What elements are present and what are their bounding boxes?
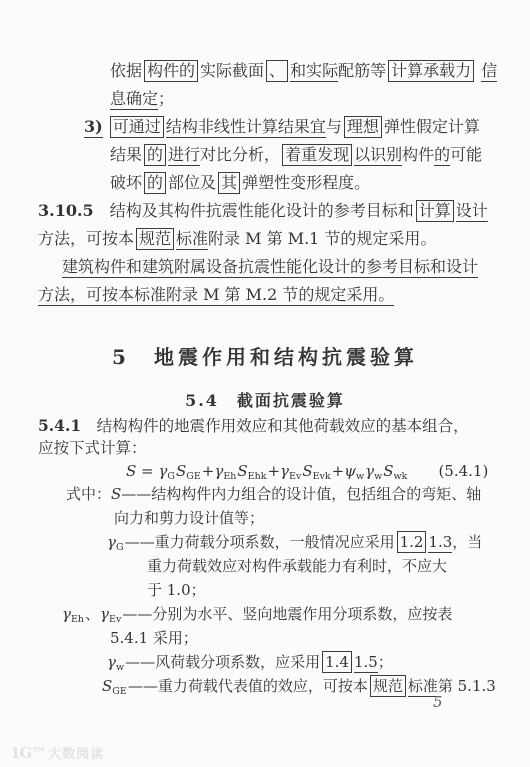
formula-symbol: S: [237, 462, 247, 480]
text-run: ；: [158, 89, 174, 108]
document-page: 依据构件的实际截面、和实际配筋等计算承载力 信息确定；3) 可通过结构非线性计算…: [0, 0, 530, 767]
text-run: 式中：: [66, 485, 111, 503]
underlined-text: 的: [434, 145, 450, 166]
text-line: γG——重力荷载分项系数，一般情况应采用1.21.3，当: [107, 530, 530, 554]
subscript-text: Eh: [223, 471, 236, 482]
text-line: 重力荷载效应对构件承载能力有利时，不应大: [147, 554, 530, 578]
text-run: [81, 417, 97, 435]
underlined-text: 建筑构件和建筑附属设备抗震性能化设计的参考目标和设计: [62, 257, 478, 278]
text-run: 可能: [450, 145, 482, 164]
subscript-text: w: [116, 662, 124, 673]
text-run: 5.4.1 采用；: [110, 629, 198, 647]
text-run: ；: [378, 653, 393, 671]
text-run: 重力荷载分项系数，一般情况应采用: [155, 533, 395, 551]
formula-symbol: S: [111, 485, 121, 503]
boxed-text: 其: [218, 172, 240, 194]
text-run: +: [267, 462, 280, 480]
text-run: 配筋等: [338, 61, 386, 80]
text-line: 于 1.0；: [147, 578, 530, 602]
text-run: 结果: [110, 145, 142, 164]
formula-symbol: S: [302, 462, 312, 480]
bold-text: 3.10.5: [38, 201, 94, 220]
formula-symbol: γ: [158, 462, 167, 480]
text-line: 式中：S——结构构件内力组合的设计值，包括组合的弯矩、轴: [66, 482, 530, 506]
text-run: 方法，可按本: [38, 229, 134, 248]
text-run: 重力荷载效应对构件承载能力有利时，不应大: [147, 557, 447, 575]
underlined-text: 以识别: [354, 145, 402, 166]
formula-symbol: γ: [280, 462, 289, 480]
boxed-text: 、: [266, 60, 288, 82]
document-body: 依据构件的实际截面、和实际配筋等计算承载力 信息确定；3) 可通过结构非线性计算…: [0, 0, 530, 698]
text-line: SGE——重力荷载代表值的效应，可按本规范标准第 5.1.3: [102, 674, 530, 698]
subscript-text: GE: [112, 686, 127, 697]
subscript-text: G: [167, 471, 175, 482]
text-run: 结构及其构件抗震性能化设计的参考目标和: [110, 201, 414, 220]
text-line: 方法，可按本规范标准附录 M 第 M.1 节的规定采用。: [38, 225, 530, 253]
watermark-logo-icon: 1G™: [10, 744, 45, 762]
text-run: 附录 M 第 M.1 节的规定采用。: [208, 229, 436, 248]
boxed-text: 可通过: [110, 116, 164, 138]
text-run: 分别为水平、竖向地震作用分项系数，应按表: [152, 605, 452, 623]
text-line: S = γGSGE+γEhSEhk+γEvSEvk+ψwγwSwk (5.4.1…: [126, 460, 530, 482]
formula-symbol: S: [176, 462, 186, 480]
text-run: 弹塑性变形程度。: [242, 173, 370, 192]
text-line: 向力和剪力设计值等；: [114, 506, 530, 530]
boxed-text: 规范: [136, 228, 174, 250]
text-run: 对比分析，: [200, 145, 280, 164]
boxed-text: 计算承载力: [388, 60, 474, 82]
boxed-text: 的: [144, 172, 166, 194]
boxed-text: 1.4: [322, 651, 352, 673]
text-run: 构件: [402, 145, 434, 164]
text-run: 向力和剪力设计值等；: [114, 509, 264, 527]
underlined-text: 设计: [456, 201, 488, 222]
underlined-text: 息确定: [110, 89, 158, 110]
text-run: 弹性假定计算: [384, 117, 480, 136]
text-run: ，当: [452, 533, 482, 551]
text-run: 、: [85, 605, 100, 623]
text-run: 结构构件的地震作用效应和其他荷载效应的基本组合，: [97, 417, 469, 435]
text-run: 结构构件内力组合的设计值，包括组合的弯矩、轴: [151, 485, 481, 503]
subscript-text: Ehk: [248, 471, 267, 482]
text-run: 风荷载分项系数，应采用: [155, 653, 320, 671]
watermark: 1G™ 大数阅读: [10, 743, 104, 762]
underlined-text: 进行: [168, 145, 200, 166]
text-run: 5 地震作用和结构抗震验算: [112, 345, 418, 369]
text-line: 建筑构件和建筑附属设备抗震性能化设计的参考目标和设计: [62, 253, 530, 281]
text-run: ——: [125, 533, 155, 551]
text-run: [103, 117, 108, 136]
formula-symbol: γ: [365, 462, 374, 480]
boxed-text: 着重发现: [282, 144, 352, 166]
formula-symbol: S: [383, 462, 393, 480]
text-run: ——: [122, 605, 152, 623]
formula-symbol: S: [102, 677, 112, 695]
text-run: +: [202, 462, 215, 480]
text-run: 破坏: [110, 173, 142, 192]
bold-underlined-text: 3): [84, 117, 103, 138]
subscript-text: wk: [394, 471, 408, 482]
subscript-text: GE: [186, 471, 201, 482]
formula-symbol: γ: [107, 653, 116, 671]
formula-symbol: γ: [100, 605, 109, 623]
text-run: 与: [326, 117, 342, 136]
text-line: 3) 可通过结构非线性计算结果宜与理想弹性假定计算: [84, 113, 530, 141]
watermark-text: 大数阅读: [48, 743, 104, 762]
text-run: (5.4.1): [408, 462, 488, 480]
text-run: 重力荷载代表值的效应，可按本: [158, 677, 368, 695]
underlined-text: 1.5: [354, 653, 378, 673]
subscript-text: Ev: [289, 471, 301, 482]
text-line: 5.4.1 采用；: [110, 626, 530, 650]
underlined-text: 1.3: [428, 533, 452, 553]
subscript-text: Evk: [313, 471, 331, 482]
text-run: 应按下式计算：: [38, 439, 147, 457]
text-line: γEh、γEv——分别为水平、竖向地震作用分项系数，应按表: [62, 602, 530, 626]
text-run: +: [332, 462, 345, 480]
formula-symbol: γ: [214, 462, 223, 480]
boxed-text: 1.2: [397, 531, 427, 553]
boxed-text: 的: [144, 144, 166, 166]
formula-symbol: ψ: [344, 462, 356, 480]
text-line: 5.4 截面抗震验算: [0, 388, 530, 414]
page-number: 5: [433, 693, 443, 711]
text-run: 实际截面: [200, 61, 264, 80]
text-line: 依据构件的实际截面、和实际配筋等计算承载力 信: [110, 57, 530, 85]
text-line: 破坏的部位及其弹塑性变形程度。: [110, 169, 530, 197]
text-line: 息确定；: [110, 85, 530, 113]
bold-text: 5.4.1: [38, 416, 81, 435]
text-run: 第 5.1.3: [438, 677, 496, 695]
formula-symbol: γ: [107, 533, 116, 551]
text-line: 方法，可按本标准附录 M 第 M.2 节的规定采用。: [38, 281, 530, 309]
boxed-text: 计算: [416, 200, 454, 222]
text-run: ——: [125, 653, 155, 671]
text-run: 部位及: [168, 173, 216, 192]
subscript-text: Ev: [109, 614, 121, 625]
boxed-text: 规范: [370, 675, 406, 697]
text-run: =: [136, 462, 158, 480]
underlined-text: 信: [481, 61, 497, 82]
boxed-text: 构件的: [144, 60, 198, 82]
text-line: 5 地震作用和结构抗震验算: [0, 340, 530, 374]
text-line: 结果的进行对比分析，着重发现以识别构件的可能: [110, 141, 530, 169]
text-line: 5.4.1 结构构件的地震作用效应和其他荷载效应的基本组合，: [38, 414, 530, 437]
text-run: 于 1.0；: [147, 581, 206, 599]
text-run: 依据: [110, 61, 142, 80]
text-run: [94, 201, 110, 220]
underlined-text: 标准: [176, 229, 208, 250]
underlined-text: 结构非线性计算结果宜: [166, 117, 326, 138]
boxed-text: 理想: [344, 116, 382, 138]
formula-symbol: γ: [62, 605, 71, 623]
subscript-text: G: [116, 542, 124, 553]
text-line: γw——风荷载分项系数，应采用1.41.5；: [107, 650, 530, 674]
text-line: 3.10.5 结构及其构件抗震性能化设计的参考目标和计算设计: [38, 197, 530, 225]
text-run: ——: [121, 485, 151, 503]
underlined-text: 方法，可按本标准附录 M 第 M.2 节的规定采用。: [38, 285, 394, 306]
text-line: 应按下式计算：: [38, 437, 530, 460]
text-run: 5.4 截面抗震验算: [185, 391, 345, 410]
formula-symbol: S: [126, 462, 136, 480]
subscript-text: w: [356, 471, 364, 482]
subscript-text: w: [374, 471, 382, 482]
underlined-text: 和实际: [290, 61, 338, 82]
text-run: ——: [128, 677, 158, 695]
subscript-text: Eh: [71, 614, 84, 625]
